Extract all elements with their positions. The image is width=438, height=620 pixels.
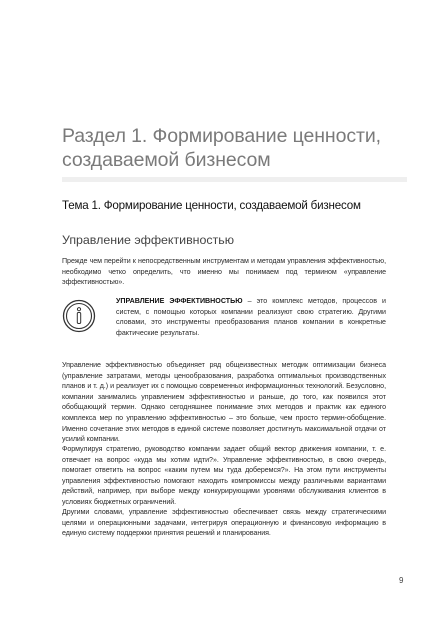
body-paragraph-3: Другими словами, управление эффективност… xyxy=(62,507,386,539)
intro-paragraph: Прежде чем перейти к непосредственным ин… xyxy=(62,256,386,288)
section-title: Раздел 1. Формирование ценности, создава… xyxy=(62,124,412,172)
document-page: Раздел 1. Формирование ценности, создава… xyxy=(0,0,438,620)
info-icon xyxy=(62,299,96,333)
topic-title: Тема 1. Формирование ценности, создаваем… xyxy=(62,199,361,213)
section-divider xyxy=(62,177,407,182)
page-number: 9 xyxy=(399,576,403,585)
definition-term: УПРАВЛЕНИЕ ЭФФЕКТИВНОСТЬЮ xyxy=(116,297,243,305)
subsection-title: Управление эффективностью xyxy=(62,233,234,248)
body-paragraph-1: Управление эффективностью объединяет ряд… xyxy=(62,360,386,445)
body-paragraph-2: Формулируя стратегию, руководство компан… xyxy=(62,444,386,508)
definition-text: УПРАВЛЕНИЕ ЭФФЕКТИВНОСТЬЮ – это комплекс… xyxy=(116,296,386,338)
definition-callout: УПРАВЛЕНИЕ ЭФФЕКТИВНОСТЬЮ – это комплекс… xyxy=(62,296,386,348)
